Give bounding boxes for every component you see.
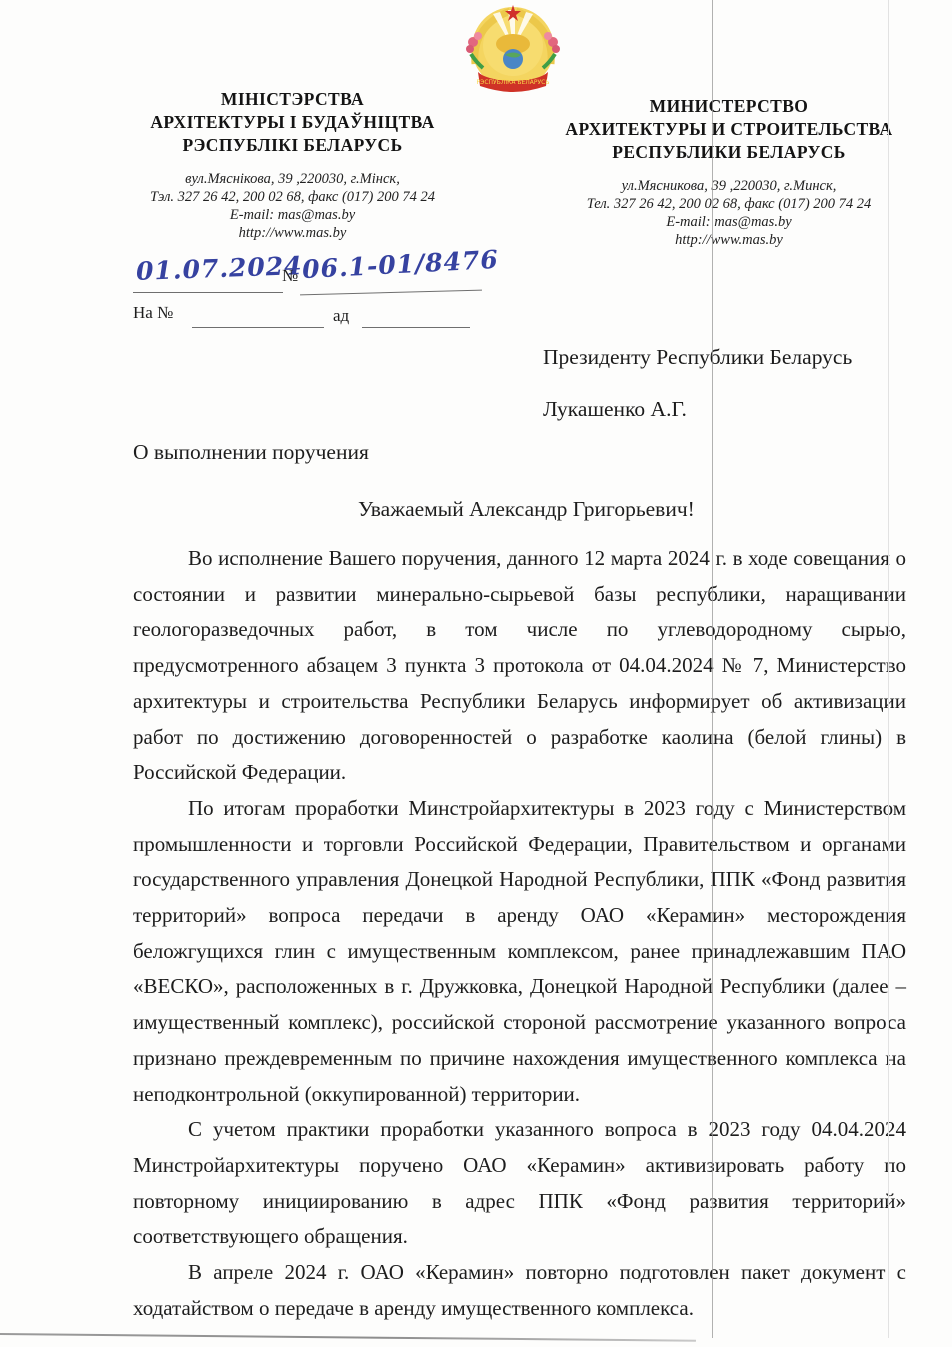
body-paragraph-2: По итогам проработки Минстройархитектуры… bbox=[133, 791, 906, 1112]
address-line: ул.Мясникова, 39 ,220030, г.Минск, bbox=[528, 177, 930, 195]
address-line: E-mail: mas@mas.by bbox=[528, 213, 930, 231]
ministry-title-ru: МИНИСТЕРСТВО АРХИТЕКТУРЫ И СТРОИТЕЛЬСТВА… bbox=[528, 95, 930, 164]
address-line: Тэл. 327 26 42, 200 02 68, факс (017) 20… bbox=[95, 188, 490, 206]
reply-to-number-label: На № bbox=[133, 303, 173, 323]
ministry-title-ru-line2: АРХИТЕКТУРЫ И СТРОИТЕЛЬСТВА bbox=[528, 118, 930, 141]
letterhead-russian: МИНИСТЕРСТВО АРХИТЕКТУРЫ И СТРОИТЕЛЬСТВА… bbox=[528, 95, 930, 249]
blank-line bbox=[133, 292, 283, 293]
address-line: Тел. 327 26 42, 200 02 68, факс (017) 20… bbox=[528, 195, 930, 213]
body-paragraph-1: Во исполнение Вашего поручения, данного … bbox=[133, 541, 906, 791]
scan-fold-line bbox=[712, 0, 713, 1338]
outgoing-number-handwritten: 06.1-01/8476 bbox=[301, 245, 499, 284]
ministry-title-by-line3: РЭСПУБЛІКІ БЕЛАРУСЬ bbox=[95, 134, 490, 157]
address-line: E-mail: mas@mas.by bbox=[95, 206, 490, 224]
blank-line bbox=[192, 327, 324, 328]
blank-line bbox=[362, 327, 470, 328]
addressee-name: Лукашенко А.Г. bbox=[543, 397, 923, 422]
ministry-address-ru: ул.Мясникова, 39 ,220030, г.Минск, Тел. … bbox=[528, 177, 930, 249]
subject-line: О выполнении поручения bbox=[133, 440, 369, 465]
letter-body: Во исполнение Вашего поручения, данного … bbox=[133, 541, 906, 1326]
outgoing-date-handwritten: 01.07.2024 bbox=[136, 251, 303, 286]
ministry-title-by-line2: АРХІТЕКТУРЫ І БУДАЎНІЦТВА bbox=[95, 111, 490, 134]
ministry-title-by-line1: МІНІСТЭРСТВА bbox=[95, 88, 490, 111]
number-sign-label: № bbox=[282, 266, 298, 286]
coat-of-arms-icon: РЭСПУБЛІКА БЕЛАРУСЬ bbox=[458, 2, 568, 98]
ministry-address-by: вул.Мяснікова, 39 ,220030, г.Мінск, Тэл.… bbox=[95, 170, 490, 242]
address-line: http://www.mas.by bbox=[95, 224, 490, 242]
addressee-block: Президенту Республики Беларусь Лукашенко… bbox=[543, 345, 923, 422]
ministry-title-ru-line1: МИНИСТЕРСТВО bbox=[528, 95, 930, 118]
reply-from-date-label: ад bbox=[333, 306, 349, 326]
address-line: вул.Мяснікова, 39 ,220030, г.Мінск, bbox=[95, 170, 490, 188]
ministry-title-ru-line3: РЕСПУБЛИКИ БЕЛАРУСЬ bbox=[528, 141, 930, 164]
ministry-title-by: МІНІСТЭРСТВА АРХІТЕКТУРЫ І БУДАЎНІЦТВА Р… bbox=[95, 88, 490, 157]
body-paragraph-3: С учетом практики проработки указанного … bbox=[133, 1112, 906, 1255]
blank-line bbox=[300, 290, 482, 296]
salutation: Уважаемый Александр Григорьевич! bbox=[358, 497, 695, 522]
letterhead-belarusian: МІНІСТЭРСТВА АРХІТЕКТУРЫ І БУДАЎНІЦТВА Р… bbox=[95, 88, 490, 242]
emblem-ribbon-text: РЭСПУБЛІКА БЕЛАРУСЬ bbox=[477, 79, 550, 86]
address-line: http://www.mas.by bbox=[528, 231, 930, 249]
scan-faint-line bbox=[888, 0, 889, 1338]
scanned-letter-page: РЭСПУБЛІКА БЕЛАРУСЬ МІНІСТЭРСТВА АРХІТЕК… bbox=[0, 0, 952, 1347]
page-bottom-edge-line bbox=[0, 1333, 696, 1342]
addressee-title: Президенту Республики Беларусь bbox=[543, 345, 923, 370]
body-paragraph-4: В апреле 2024 г. ОАО «Керамин» повторно … bbox=[133, 1255, 906, 1326]
